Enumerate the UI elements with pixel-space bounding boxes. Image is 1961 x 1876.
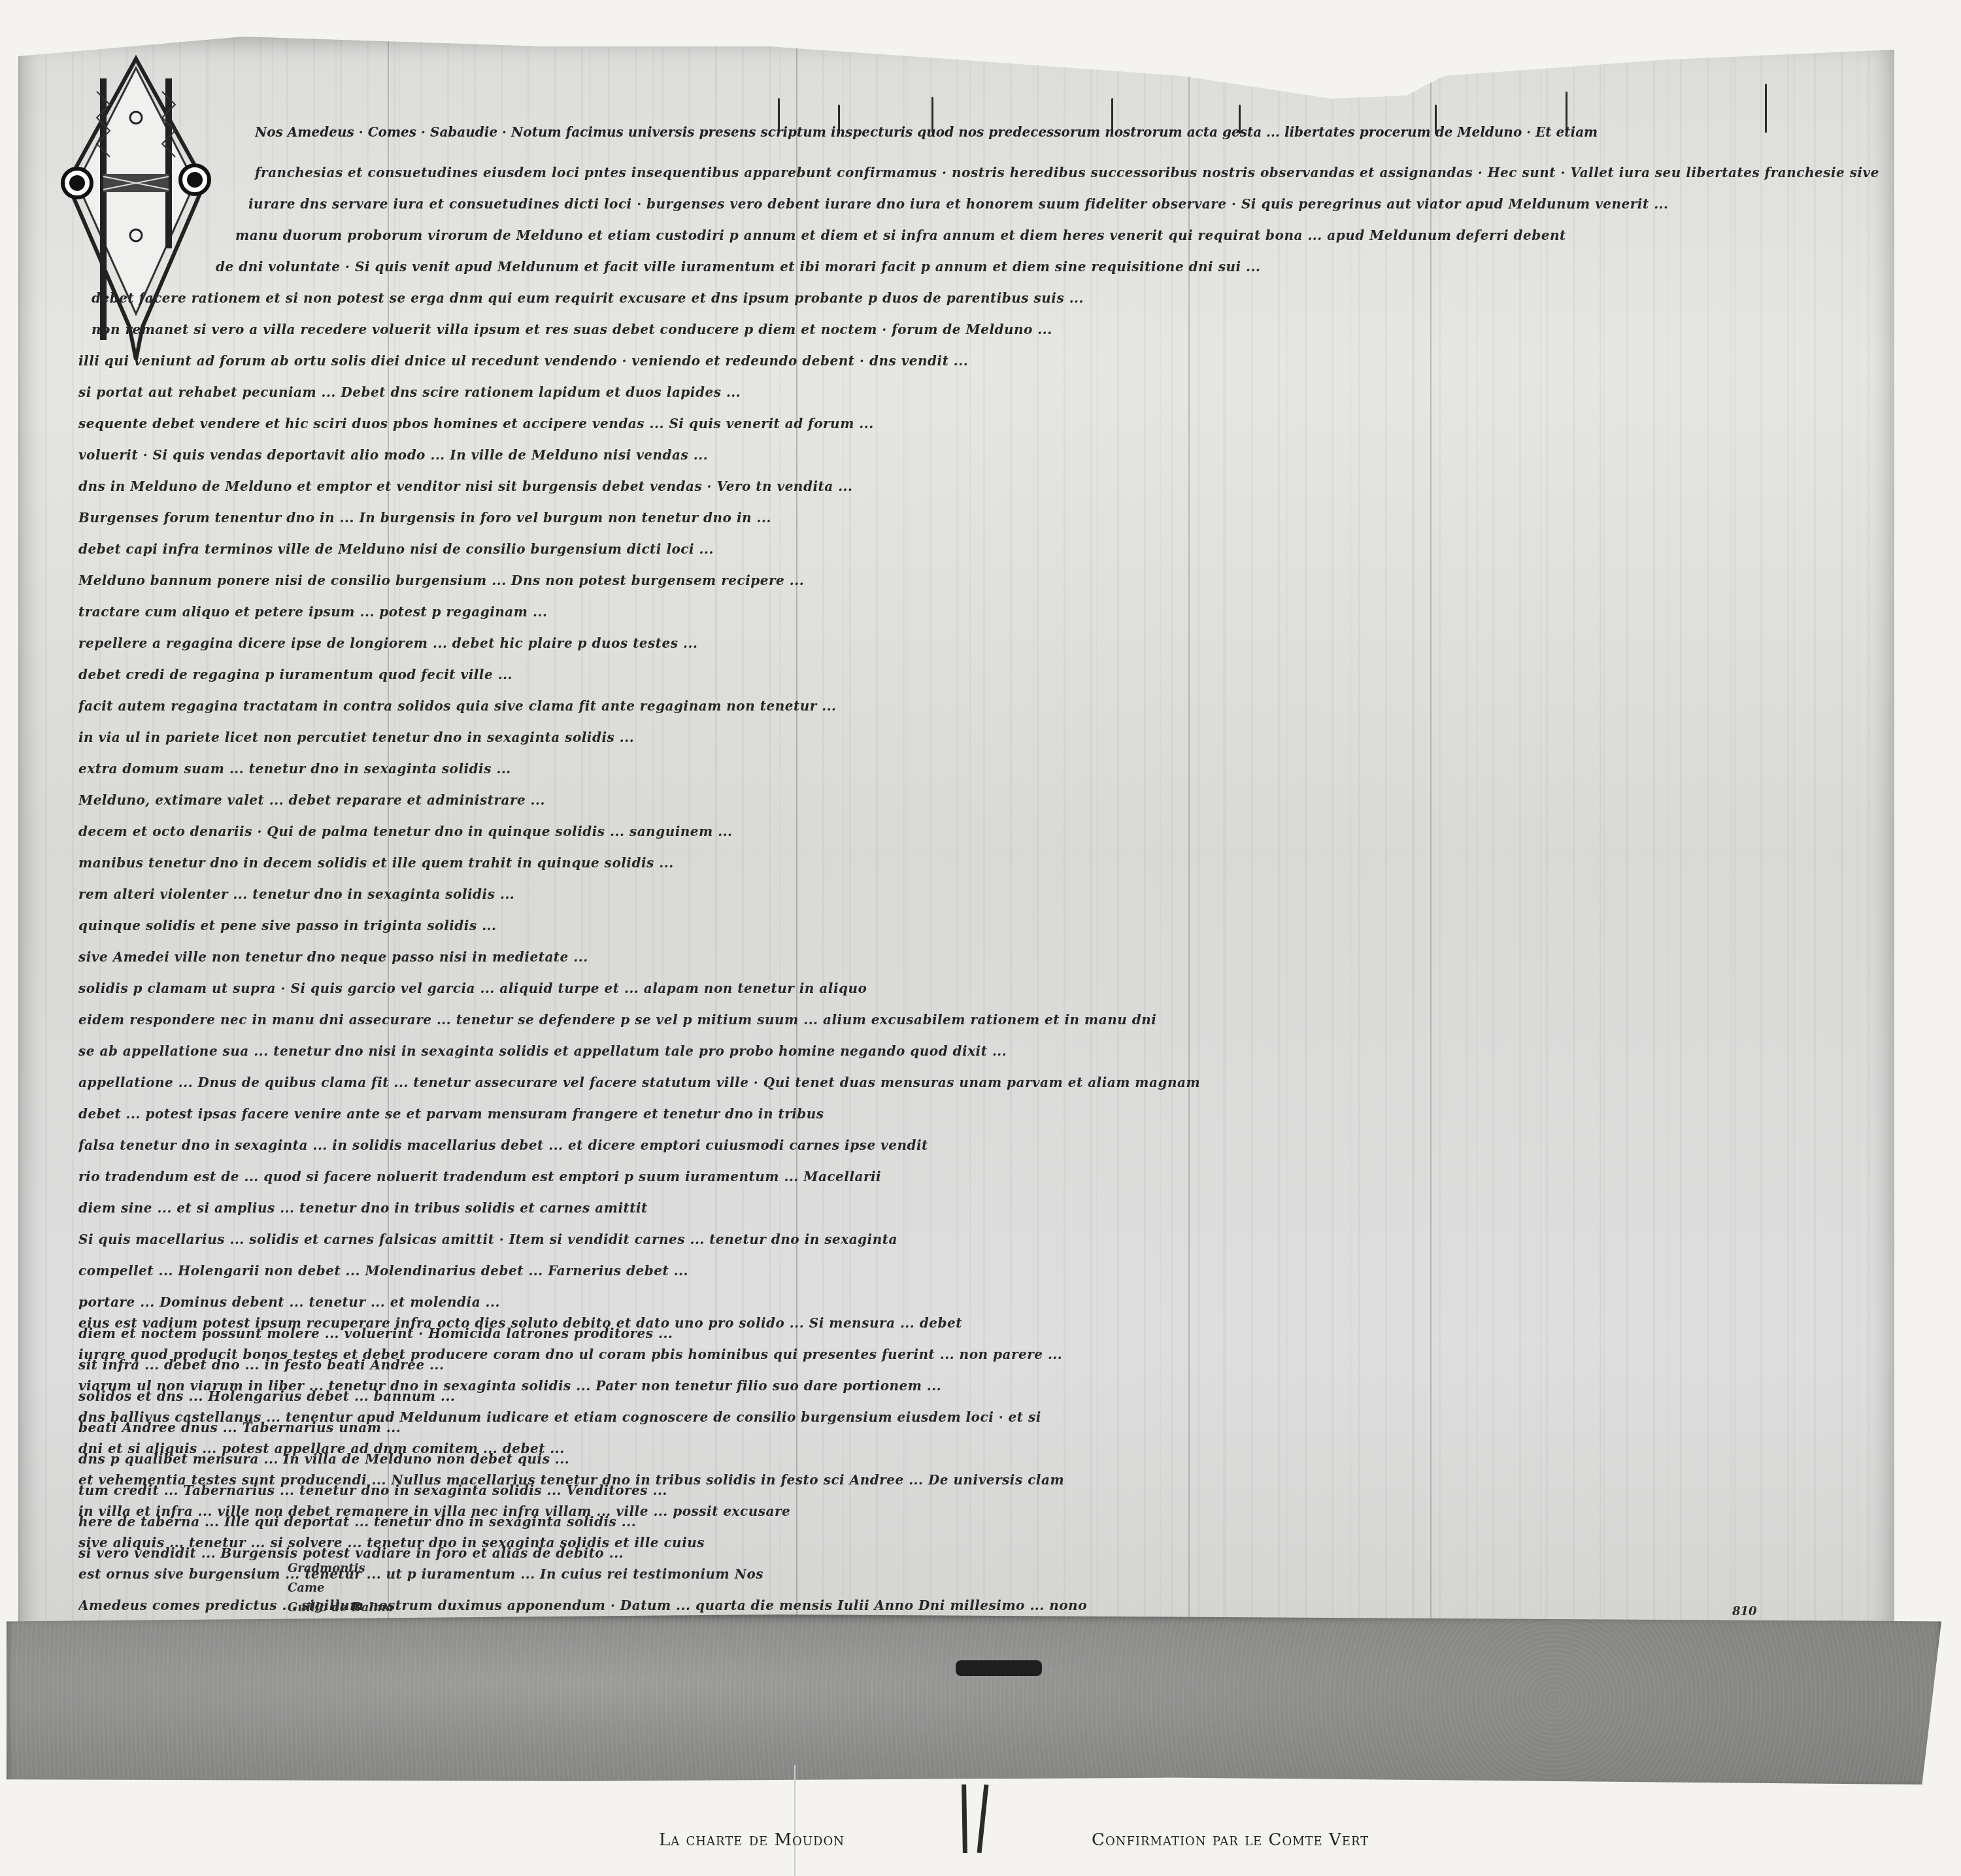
- text-line: diem sine ... et si amplius ... tenetur …: [78, 1192, 1883, 1224]
- text-line: Melduno bannum ponere nisi de consilio b…: [78, 565, 1883, 596]
- text-line: rem alteri violenter ... tenetur dno in …: [78, 879, 1883, 910]
- folded-plica: [7, 1615, 1941, 1784]
- text-line: eidem respondere nec in manu dni assecur…: [78, 1004, 1883, 1035]
- text-line: quinque solidis et pene sive passo in tr…: [78, 910, 1883, 941]
- page-fold: [794, 1765, 796, 1876]
- text-line: manu duorum proborum virorum de Melduno …: [78, 220, 1883, 251]
- text-line: repellere a regagina dicere ipse de long…: [78, 628, 1883, 659]
- text-line: debet facere rationem et si non potest s…: [78, 282, 1883, 314]
- text-line: de dni voluntate · Si quis venit apud Me…: [78, 251, 1883, 282]
- text-line: iurare quod producit bonos testes et deb…: [78, 1339, 1883, 1370]
- signature-line: Gradmontis: [288, 1559, 394, 1579]
- text-line: dns in Melduno de Melduno et emptor et v…: [78, 471, 1883, 502]
- notary-mark: 810: [1732, 1605, 1757, 1618]
- text-line: manibus tenetur dno in decem solidis et …: [78, 847, 1883, 879]
- signature-line: Came: [288, 1579, 394, 1598]
- text-line: et vehementia testes sunt producendi ...…: [78, 1464, 1883, 1496]
- seal-cord: [977, 1784, 989, 1853]
- text-line: falsa tenetur dno in sexaginta ... in so…: [78, 1130, 1883, 1161]
- witness-signatures: Gradmontis Came Guillo de Balma: [288, 1559, 394, 1618]
- text-line: in via ul in pariete licet non percutiet…: [78, 722, 1883, 753]
- text-line: facit autem regagina tractatam in contra…: [78, 690, 1883, 722]
- signature-line: Guillo de Balma: [288, 1598, 394, 1618]
- text-line: eius est vadium potest ipsum recuperare …: [78, 1307, 1883, 1339]
- text-line: compellet ... Holengarii non debet ... M…: [78, 1255, 1883, 1286]
- text-line: iurare dns servare iura et consuetudines…: [78, 188, 1883, 220]
- text-line: Melduno, extimare valet ... debet repara…: [78, 784, 1883, 816]
- text-line: viarum ul non viarum in liber ... tenetu…: [78, 1370, 1883, 1401]
- text-line: extra domum suam ... tenetur dno in sexa…: [78, 753, 1883, 784]
- text-line: debet ... potest ipsas facere venire ant…: [78, 1098, 1883, 1130]
- seal-slot: [956, 1660, 1042, 1676]
- caption-left: La charte de Moudon: [659, 1830, 845, 1850]
- text-line: rio tradendum est de ... quod si facere …: [78, 1161, 1883, 1192]
- text-line: se ab appellatione sua ... tenetur dno n…: [78, 1035, 1883, 1067]
- text-line: dns ballivus castellanus ... tenentur ap…: [78, 1401, 1883, 1433]
- text-line: debet credi de regagina p iuramentum quo…: [78, 659, 1883, 690]
- text-line: si portat aut rehabet pecuniam ... Debet…: [78, 377, 1883, 408]
- seal-cord: [962, 1784, 967, 1853]
- text-line: in villa et infra ... ville non debet re…: [78, 1496, 1883, 1527]
- text-line: solidis p clamam ut supra · Si quis garc…: [78, 973, 1883, 1004]
- caption-right: Confirmation par le Comte Vert: [1092, 1830, 1369, 1850]
- text-line: debet capi infra terminos ville de Meldu…: [78, 533, 1883, 565]
- text-line: dni et si aliquis ... potest appellare a…: [78, 1433, 1883, 1464]
- text-line: decem et octo denariis · Qui de palma te…: [78, 816, 1883, 847]
- text-line: voluerit · Si quis vendas deportavit ali…: [78, 439, 1883, 471]
- text-line: appellatione ... Dnus de quibus clama fi…: [78, 1067, 1883, 1098]
- text-line: illi qui veniunt ad forum ab ortu solis …: [78, 345, 1883, 377]
- text-line: franchesias et consuetudines eiusdem loc…: [78, 157, 1883, 188]
- text-line: tractare cum aliquo et petere ipsum ... …: [78, 596, 1883, 628]
- text-line: sive Amedei ville non tenetur dno neque …: [78, 941, 1883, 973]
- text-line: sive aliquis ... tenetur ... si solvere …: [78, 1527, 1883, 1558]
- charter-opening-line: Nos Amedeus · Comes · Sabaudie · Notum f…: [255, 124, 1863, 140]
- text-line: Burgenses forum tenentur dno in ... In b…: [78, 502, 1883, 533]
- text-line: non remanet si vero a villa recedere vol…: [78, 314, 1883, 345]
- text-line: Si quis macellarius ... solidis et carne…: [78, 1224, 1883, 1255]
- text-line: sequente debet vendere et hic sciri duos…: [78, 408, 1883, 439]
